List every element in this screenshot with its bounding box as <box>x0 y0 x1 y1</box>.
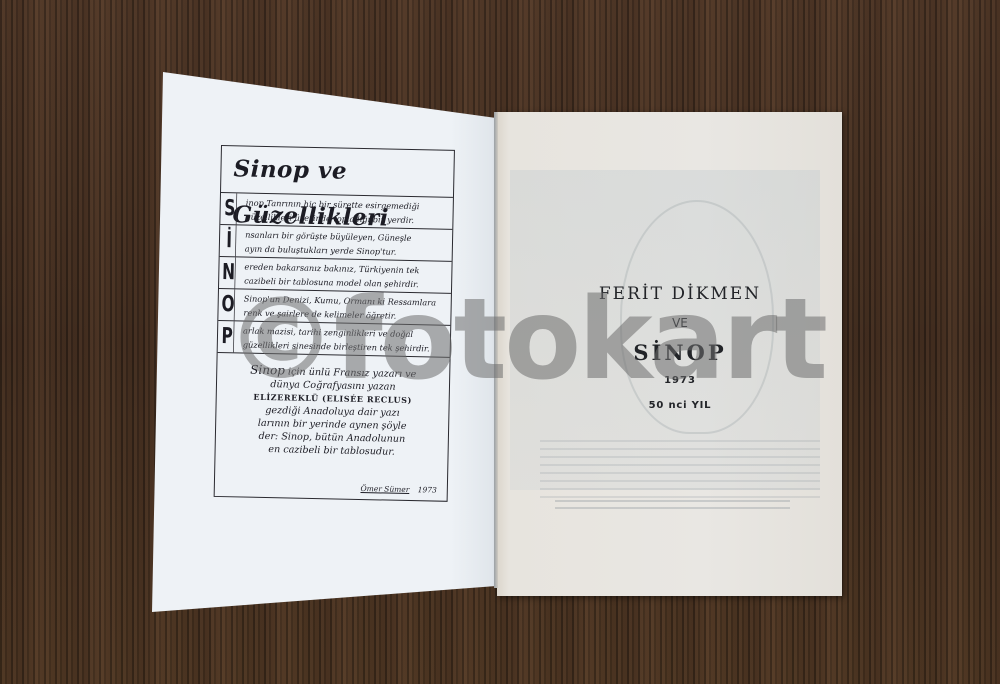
acrostic-row: S inop Tanrının hiç bir sürette esirgeme… <box>220 193 453 230</box>
acrostic-letter: S <box>223 193 237 224</box>
acrostic-letter: İ <box>223 225 237 256</box>
show-through-caption <box>555 500 790 514</box>
acrostic-text: inop Tanrının hiç bir sürette esirgemedi… <box>239 193 419 228</box>
signature-name: Ömer Sümer <box>360 484 409 494</box>
acrostic-row: İ nsanları bir görüşte büyüleyen, Güneşl… <box>220 225 453 262</box>
acrostic-text: nsanları bir görüşte büyüleyen, Güneşle … <box>239 225 412 260</box>
watermark: ©fotokart <box>225 285 785 395</box>
poem-title: Sinop ve Güzellikleri <box>221 146 454 198</box>
acrostic-line: güzellikleri üzerinde topladığı bir yerd… <box>245 210 419 228</box>
signature-year: 1973 <box>418 485 437 494</box>
acrostic-line: ayın da buluştukları yerde Sinop'tur. <box>245 242 412 259</box>
show-through-text <box>540 440 820 500</box>
signature: Ömer Sümer 1973 <box>360 484 436 495</box>
